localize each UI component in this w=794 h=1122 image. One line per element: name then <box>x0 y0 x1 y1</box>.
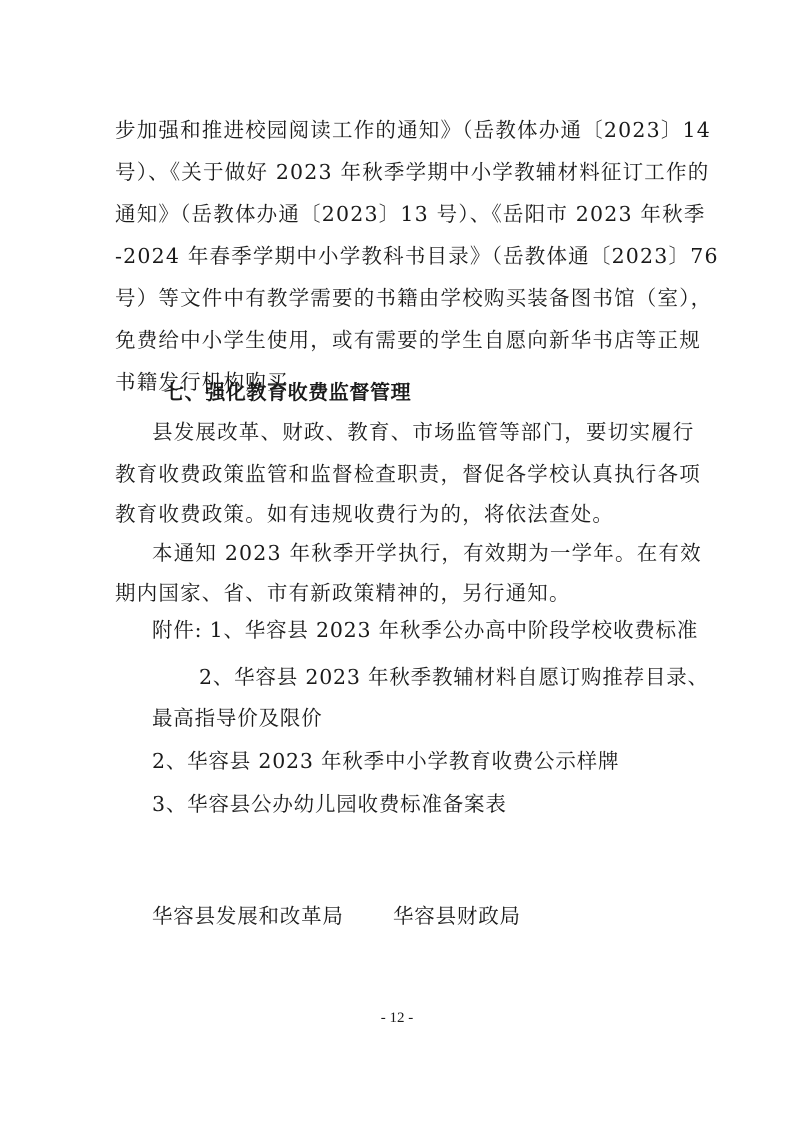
attachment-item-continuation: 最高指导价及限价 <box>152 700 692 736</box>
body-line: 免费给中小学生使用，或有需要的学生自愿向新华书店等正规 <box>115 322 685 358</box>
body-line: 期内国家、省、市有新政策精神的，另行通知。 <box>115 575 685 611</box>
body-line: 通知》（岳教体办通〔2023〕13 号）、《岳阳市 2023 年秋季 <box>115 196 685 232</box>
body-line: 号）等文件中有教学需要的书籍由学校购买装备图书馆（室）， <box>115 280 685 316</box>
section-heading: 七、强化教育收费监督管理 <box>164 374 734 410</box>
attachment-item: 3、华容县公办幼儿园收费标准备案表 <box>152 786 692 822</box>
signature-left: 华容县发展和改革局 <box>152 898 344 934</box>
body-line: -2024 年春季学期中小学教科书目录》（岳教体通〔2023〕76 <box>115 238 685 274</box>
signature-right: 华容县财政局 <box>393 898 521 934</box>
attachment-item: 附件: 1、华容县 2023 年秋季公办高中阶段学校收费标准 <box>152 612 692 648</box>
body-line: 县发展改革、财政、教育、市场监管等部门，要切实履行 <box>152 414 685 450</box>
body-line: 教育收费政策。如有违规收费行为的，将依法查处。 <box>115 496 685 532</box>
body-line: 本通知 2023 年秋季开学执行，有效期为一学年。在有效 <box>152 535 685 571</box>
attachment-item: 2、华容县 2023 年秋季中小学教育收费公示样牌 <box>152 743 692 779</box>
attachment-item: 2、华容县 2023 年秋季教辅材料自愿订购推荐目录、 <box>199 659 692 695</box>
body-line: 步加强和推进校园阅读工作的通知》（岳教体办通〔2023〕14 <box>115 112 685 148</box>
document-page: 步加强和推进校园阅读工作的通知》（岳教体办通〔2023〕14 号）、《关于做好 … <box>0 0 794 1122</box>
body-line: 教育收费政策监管和监督检查职责，督促各学校认真执行各项 <box>115 456 685 492</box>
body-line: 号）、《关于做好 2023 年秋季学期中小学教辅材料征订工作的 <box>115 154 685 190</box>
page-number: - 12 - <box>0 1008 794 1028</box>
